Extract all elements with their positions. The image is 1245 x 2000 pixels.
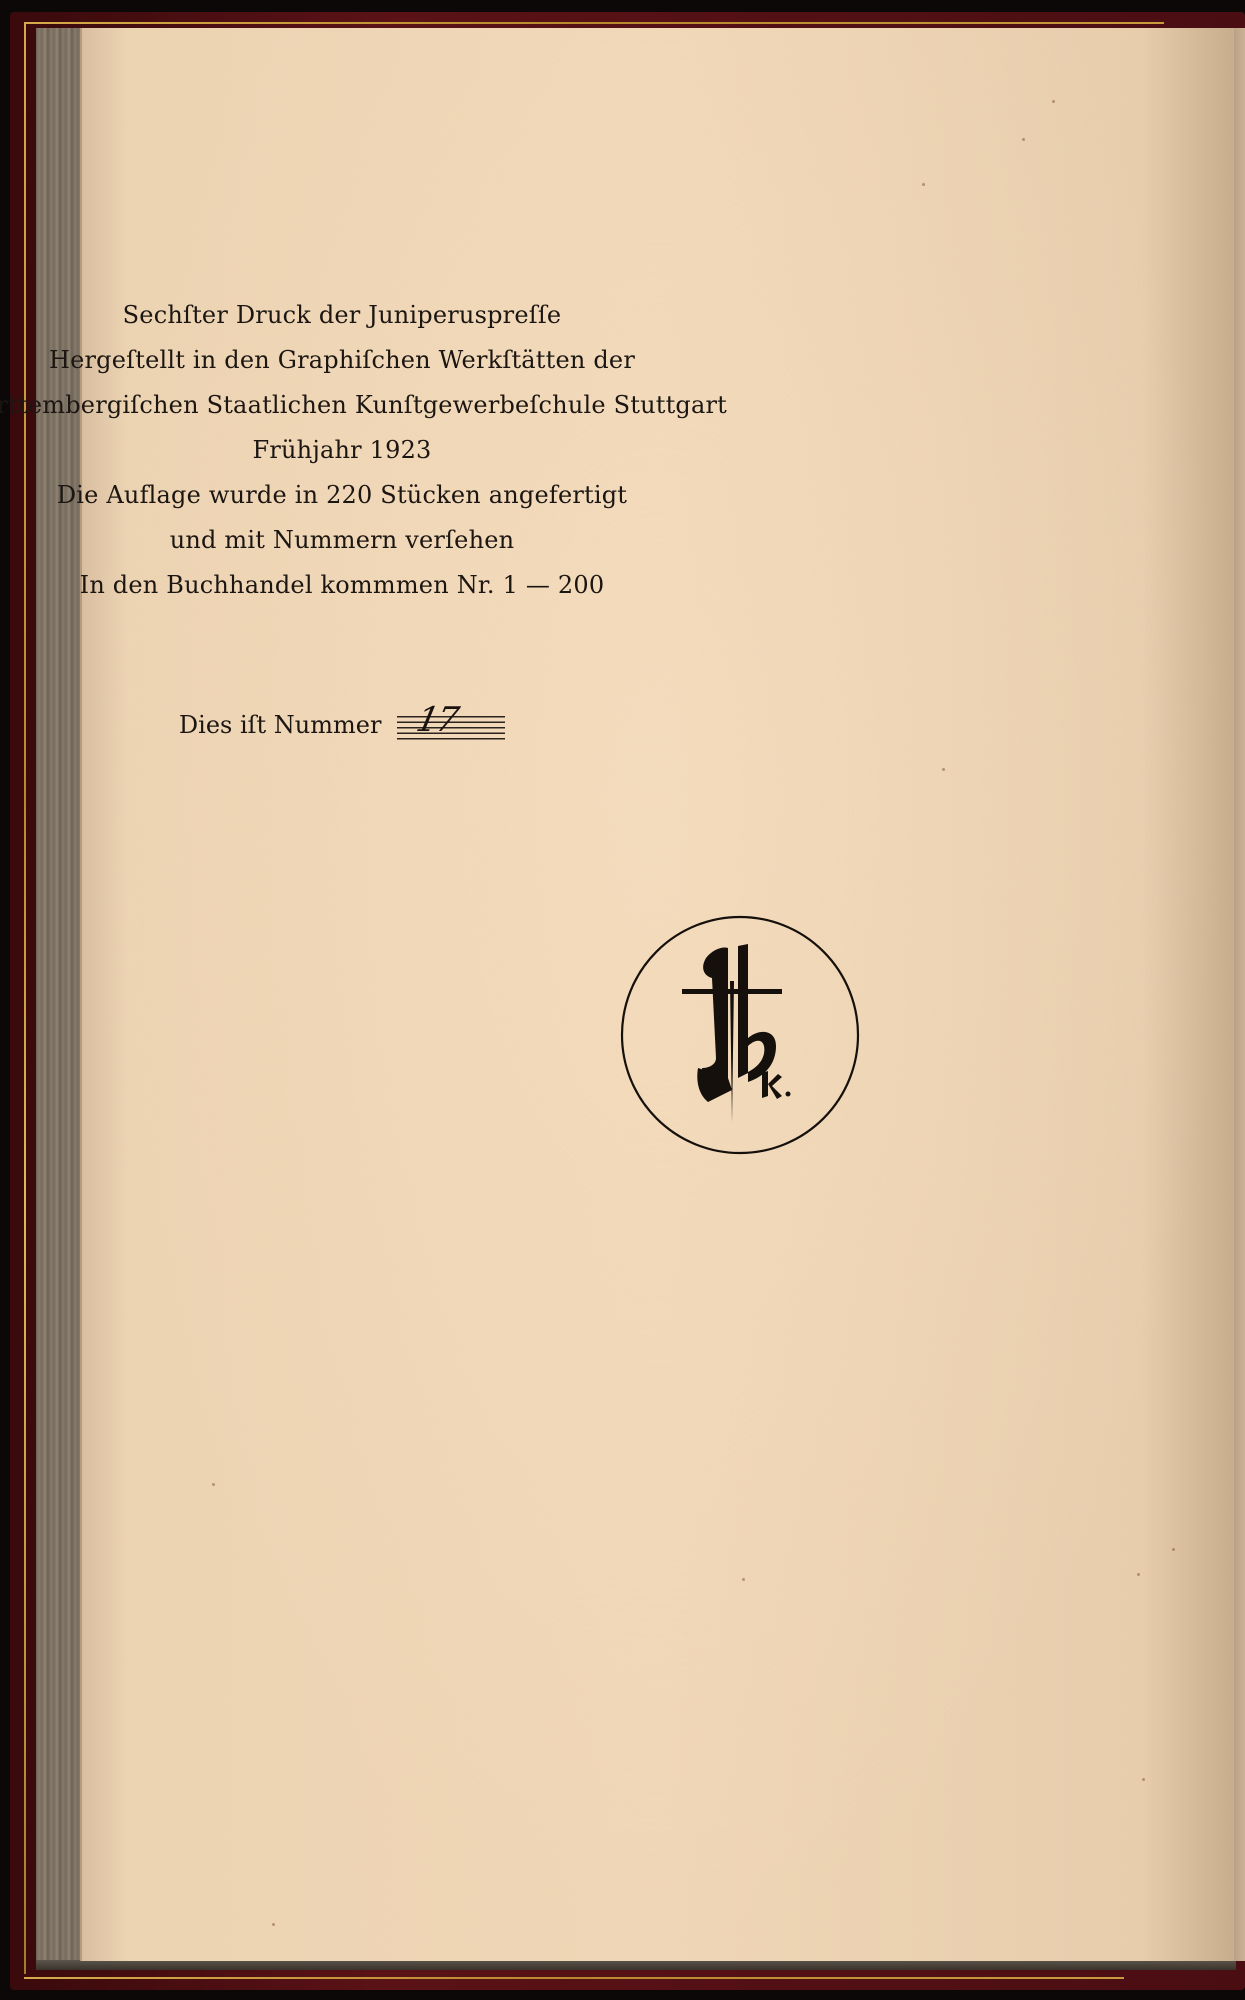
book-scan: Sechſter Druck der Juniperuspreſſe Herge… bbox=[0, 0, 1245, 2000]
colophon-page: Sechſter Druck der Juniperuspreſſe Herge… bbox=[80, 28, 1234, 1961]
gold-tooling-line-bottom bbox=[24, 1977, 1124, 1979]
gold-tooling-line-top bbox=[24, 22, 1164, 24]
printers-mark-monogram-icon bbox=[82, 28, 1234, 1961]
page-block-edges-bottom bbox=[36, 1960, 1236, 1970]
